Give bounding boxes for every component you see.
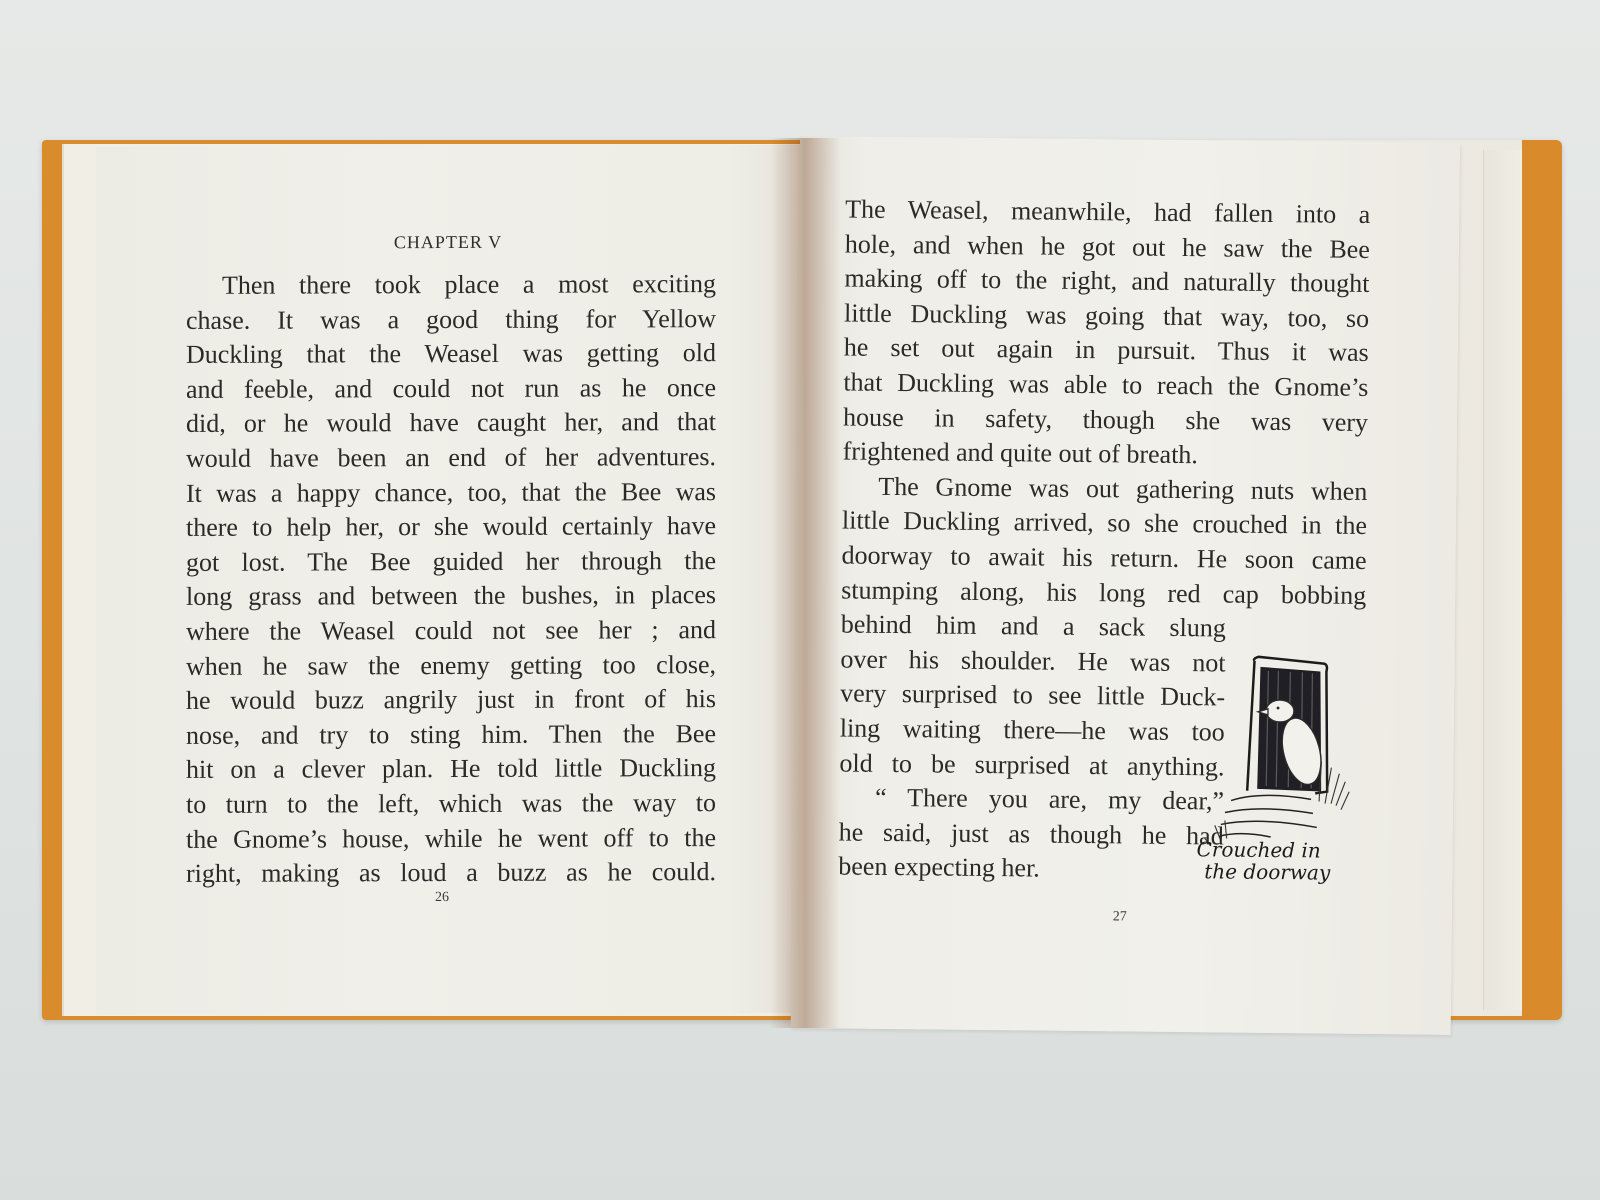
text-line: doorway to await his return. He soon cam… <box>841 538 1366 578</box>
text-line: where the Weasel could not see her ; and <box>186 613 716 649</box>
text-line: making off to the right, and naturally t… <box>844 262 1369 302</box>
text-line: he set out again in pursuit. Thus it was <box>844 331 1369 371</box>
text-line: old to be surprised at anything. <box>839 746 1224 785</box>
chapter-heading: CHAPTER V <box>96 231 800 254</box>
left-page-body: Then there took place a most exciting ch… <box>186 267 716 892</box>
text-line: to turn to the left, which was the way t… <box>186 786 716 822</box>
text-line: when he saw the enemy getting too close, <box>186 648 716 684</box>
illustration-caption-line2: the doorway <box>1196 860 1330 883</box>
left-page: CHAPTER V Then there took place a most e… <box>96 145 800 1015</box>
text-line: did, or he would have caught her, and th… <box>186 405 716 441</box>
text-line: and feeble, and could not run as he once <box>186 371 716 407</box>
text-line: he would buzz angrily just in front of h… <box>186 682 716 718</box>
page-number-left: 26 <box>90 889 794 907</box>
page-number-right: 27 <box>790 906 1450 929</box>
text-line: little Duckling arrived, so she crouched… <box>842 504 1367 544</box>
duckling-doorway-illustration: Crouched in the doorway <box>1200 640 1353 892</box>
illustration-caption-line1: Crouched in <box>1196 838 1330 861</box>
text-line: chase. It was a good thing for Yellow <box>186 302 716 338</box>
text-line: Then there took place a most exciting <box>186 267 716 303</box>
text-line: the Gnome’s house, while he went off to … <box>186 821 716 857</box>
right-page: The Weasel, meanwhile, had fallen into a… <box>791 136 1460 1035</box>
text-line: that Duckling was able to reach the Gnom… <box>843 365 1368 405</box>
text-line: would have been an end of her adventures… <box>186 440 716 476</box>
text-line: nose, and try to sting him. Then the Bee <box>186 717 716 753</box>
text-line: stumping along, his long red cap bobbing <box>841 573 1366 613</box>
open-book: CHAPTER V Then there took place a most e… <box>0 0 1600 1200</box>
text-line: frightened and quite out of breath. <box>843 435 1368 475</box>
text-line: behind him and a sack slung <box>841 608 1226 647</box>
text-line: It was a happy chance, too, that the Bee… <box>186 475 716 511</box>
text-line: got lost. The Bee guided her through the <box>186 544 716 580</box>
text-line: hit on a clever plan. He told little Duc… <box>186 751 716 787</box>
text-line: hole, and when he got out he saw the Bee <box>845 227 1370 267</box>
text-line: Duckling that the Weasel was getting old <box>186 336 716 372</box>
text-line: “ There you are, my dear,” <box>839 781 1224 820</box>
text-line: there to help her, or she would certainl… <box>186 509 716 545</box>
page-edges <box>1483 150 1522 1010</box>
book-spine-gutter <box>770 138 840 1028</box>
text-line: house in safety, though she was very <box>843 400 1368 440</box>
text-line: The Weasel, meanwhile, had fallen into a <box>845 192 1370 232</box>
text-line: over his shoulder. He was not <box>840 642 1225 681</box>
text-line: long grass and between the bushes, in pl… <box>186 578 716 614</box>
text-line: right, making as loud a buzz as he could… <box>186 855 716 891</box>
text-line: very surprised to see little Duck- <box>840 677 1225 716</box>
text-line: The Gnome was out gathering nuts when <box>842 469 1367 509</box>
text-line: ling waiting there—he was too <box>840 711 1225 750</box>
text-line: little Duckling was going that way, too,… <box>844 296 1369 336</box>
text-line: he said, just as though he had <box>839 815 1224 854</box>
